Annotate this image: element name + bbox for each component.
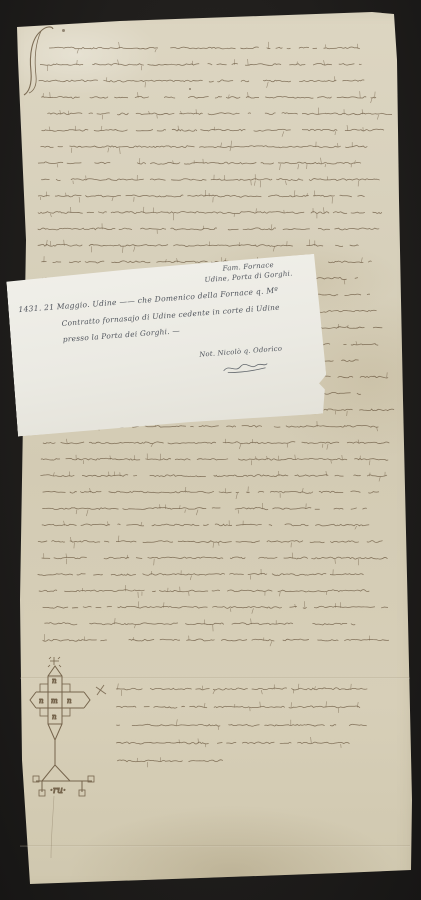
manuscript-text-svg: n n m n n ·ru·	[0, 0, 421, 900]
signum-letter: n	[52, 713, 57, 721]
signum-letter: n	[39, 697, 44, 705]
initial-flourish	[24, 27, 53, 95]
photograph-of-charter: n n m n n ·ru· Fam. Fornace Udine, Porta…	[0, 0, 421, 900]
manuscript-block-eschatocol	[116, 684, 367, 768]
archival-slip: Fam. Fornace Udine, Porta di Gorghi. 143…	[6, 254, 329, 437]
eschatocol-cross-mark	[96, 685, 106, 695]
slip-notary-label: Not. Nicolò q. Odorico	[199, 345, 282, 359]
slip-regesto-line: presso la Porta dei Gorghi. —	[63, 326, 181, 344]
signum-base-mark: ·ru·	[50, 786, 66, 796]
signum-letter: n	[52, 677, 57, 685]
slip-place-label: Udine, Porta di Gorghi.	[204, 270, 293, 285]
notary-signum: n n m n n ·ru·	[30, 657, 94, 858]
signum-letter: n	[67, 697, 72, 705]
slip-signature-flourish	[221, 358, 270, 378]
signum-letter: m	[51, 697, 58, 705]
